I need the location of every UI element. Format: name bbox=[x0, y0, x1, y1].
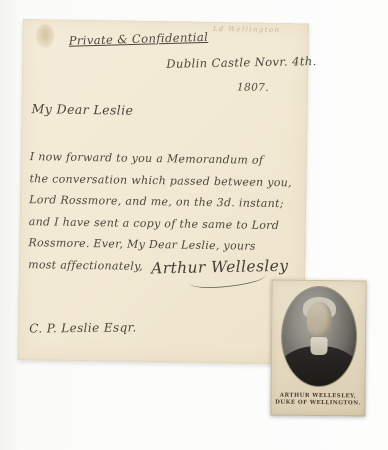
portrait-cravat bbox=[310, 337, 327, 355]
portrait-face bbox=[306, 302, 331, 338]
letter-year: 1807. bbox=[237, 81, 269, 94]
signature: Arthur Wellesley bbox=[151, 257, 289, 278]
paper-stain bbox=[36, 24, 55, 48]
portrait-engraving bbox=[281, 287, 356, 387]
pencil-annotation: Ld Wellington bbox=[213, 25, 281, 34]
photo-background: Ld Wellington Private & Confidential Dub… bbox=[0, 0, 388, 450]
letter-heading: Private & Confidential bbox=[69, 30, 209, 48]
letter-dateline: Dublin Castle Novr. 4th. bbox=[166, 54, 317, 71]
portrait-caption-line-2: DUKE OF WELLINGTON. bbox=[270, 399, 365, 407]
addressee-line: C. P. Leslie Esqr. bbox=[29, 320, 137, 335]
portrait-card: ARTHUR WELLESLEY, DUKE OF WELLINGTON. bbox=[270, 280, 366, 417]
letter-page: Ld Wellington Private & Confidential Dub… bbox=[18, 19, 309, 364]
letter-salutation: My Dear Leslie bbox=[31, 101, 133, 118]
portrait-caption: ARTHUR WELLESLEY, DUKE OF WELLINGTON. bbox=[270, 393, 365, 408]
